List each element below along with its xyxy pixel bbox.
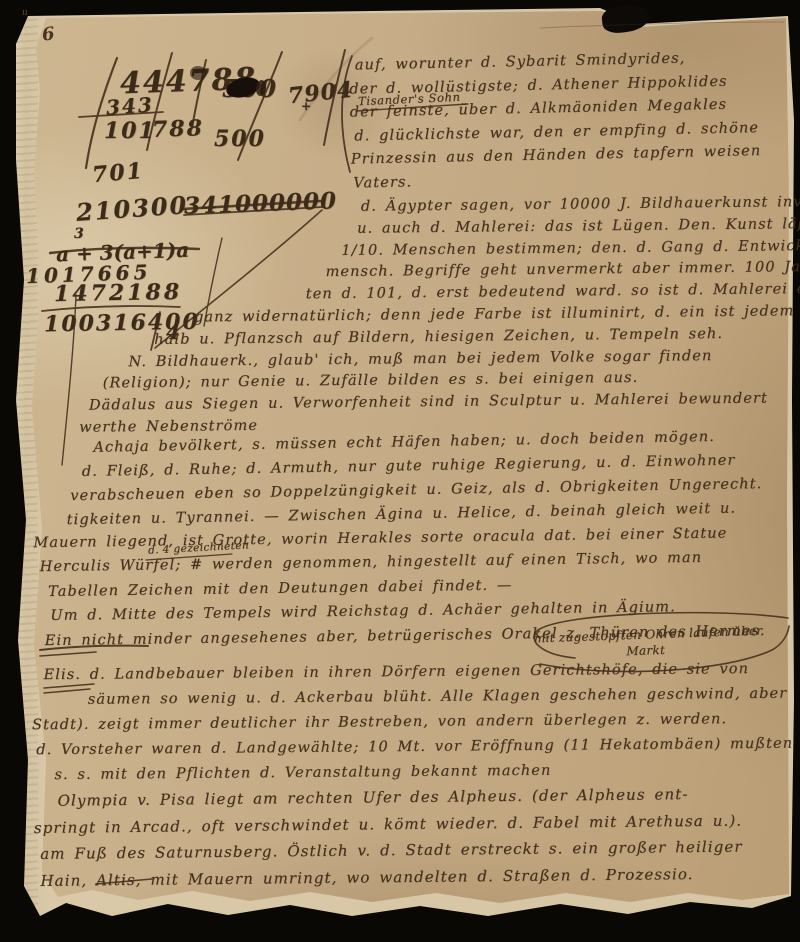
page-number: 6 (41, 23, 56, 45)
paragraph-egyptian-art: d. Ägypter sagen, vor 10000 J. Bildhauer… (73, 192, 795, 439)
calc-701: 701 (91, 158, 145, 188)
corner-mark: u (22, 8, 28, 18)
calc-788: 788 (152, 115, 205, 143)
calc-343: 343 (105, 92, 154, 119)
manuscript-scan: 6 u 4 444788 500 343 101 788 500 701 210… (0, 0, 800, 942)
paragraph-olympia: Olympia v. Pisa liegt am rechten Ufer de… (29, 780, 792, 894)
calc-plus-mark: + (301, 99, 311, 113)
paragraph-achaia: Achaja bevölkert, s. müssen echt Häfen h… (57, 424, 791, 533)
paragraph-elis: Elis. d. Landbebauer bleiben in ihren Dö… (27, 657, 790, 789)
paragraph-suitors: auf, worunter d. Sybarit Smindyrides,der… (349, 45, 792, 195)
calc-101: 101 (104, 118, 156, 144)
ink-smudge (190, 66, 206, 80)
calc-500-mid: 500 (214, 126, 266, 152)
